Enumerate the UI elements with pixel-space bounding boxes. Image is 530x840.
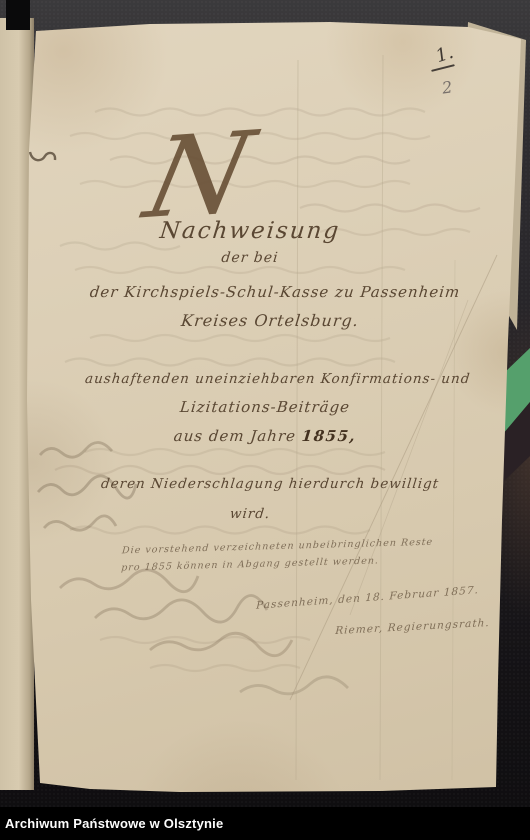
line-wird: wird. xyxy=(149,507,351,523)
line-niederschlagung: deren Niederschlagung hierdurch bewillig… xyxy=(74,477,466,493)
page-number-secondary: 2 xyxy=(441,77,454,97)
line-beitraege: Lizitations-Beiträge xyxy=(119,399,411,416)
binding-gap xyxy=(6,0,30,30)
manuscript-page: 1. 2 N Nachweisung der bei der Kirchspie… xyxy=(0,0,530,840)
title-line: Nachweisung xyxy=(129,218,372,244)
line-jahr: aus dem Jahre 1855, xyxy=(119,428,411,445)
watermark-bar: Archiwum Państwowe w Olsztynie xyxy=(0,807,530,840)
year-value: 1855, xyxy=(301,427,357,445)
document-scan: 1. 2 N Nachweisung der bei der Kirchspie… xyxy=(0,0,530,840)
line-aushaftenden: aushaftenden uneinziehbaren Konfirmation… xyxy=(84,372,456,388)
signature: Riemer, Regierungsrath. xyxy=(329,617,495,638)
annotation-line-2: pro 1855 können in Abgang gestellt werde… xyxy=(94,556,406,576)
annotation-line-1: Die vorstehend verzeichneten unbeibringl… xyxy=(104,537,451,558)
line-kasse: der Kirchspiels-Schul-Kasse zu Passenhei… xyxy=(79,284,471,301)
watermark-text: Archiwum Państwowe w Olsztynie xyxy=(0,816,223,831)
dateline: Passenheim, den 18. Februar 1857. xyxy=(254,584,481,612)
bleedthrough-layer xyxy=(0,0,530,840)
binding-thread xyxy=(30,152,55,160)
line-jahr-prefix: aus dem Jahre xyxy=(173,427,303,445)
line-der-bei: der bei xyxy=(149,250,351,266)
line-kreis: Kreises Ortelsburg. xyxy=(119,312,421,330)
